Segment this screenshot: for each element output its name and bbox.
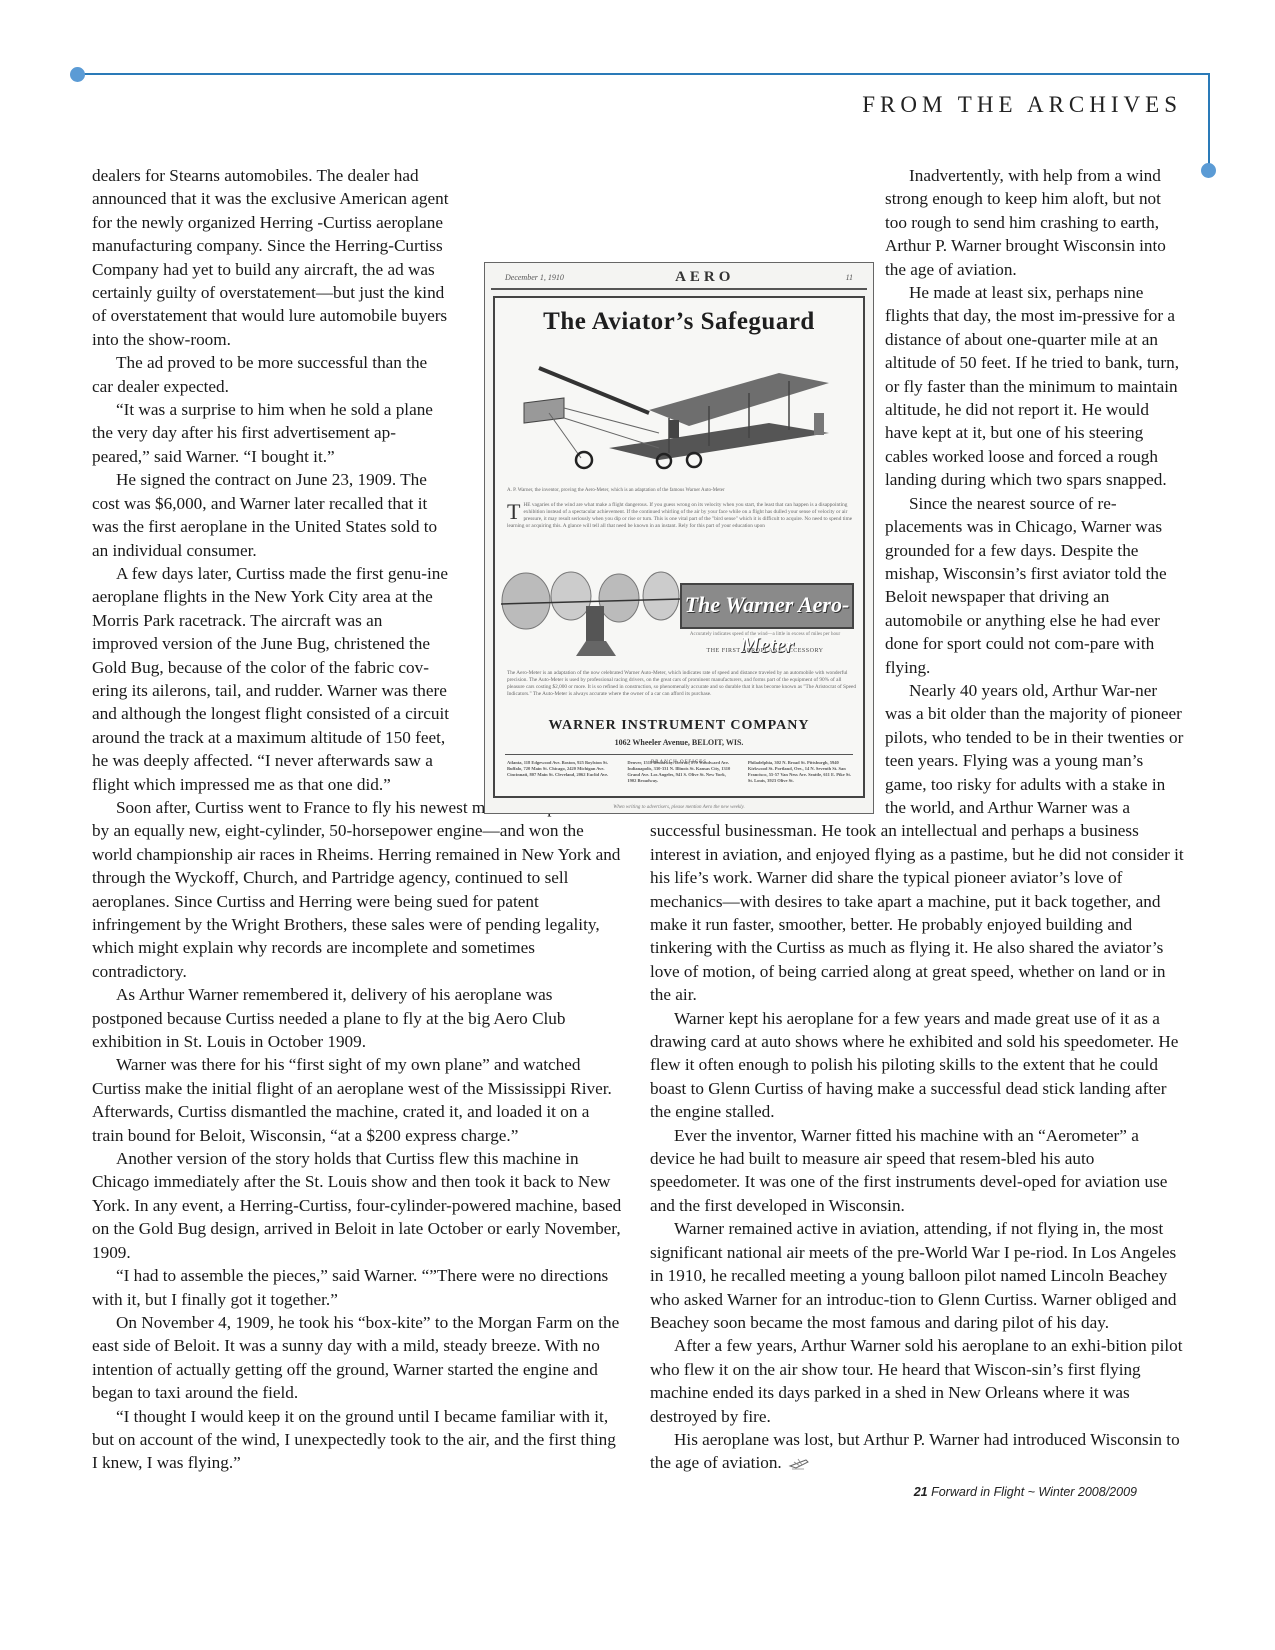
advertisement-figure: December 1, 1910 AERO 11 The Aviator’s S… [484,262,874,814]
aerometer-logo: The Warner Aero-Meter [680,583,854,629]
company-address: 1062 Wheeler Avenue, BELOIT, WIS. [495,738,863,747]
paragraph: As Arthur Warner remembered it, delivery… [92,983,622,1053]
aerometer-illustration [501,566,681,661]
section-title: FROM THE ARCHIVES [862,92,1182,118]
figure-magazine: AERO [675,269,734,286]
page-number: 21 [914,1485,928,1499]
figure-header: December 1, 1910 AERO 11 [491,263,867,290]
paragraph: Another version of the story holds that … [92,1147,622,1264]
paragraph-final: His aeroplane was lost, but Arthur P. Wa… [650,1428,1185,1475]
branch-offices: Atlanta, 118 Edgewood Ave. Boston, 925 B… [507,760,851,784]
header-rule [78,73,1210,75]
office-list: Philadelphia, 302 N. Broad St. Pittsburg… [748,760,851,784]
airplane-icon [788,1456,810,1472]
paragraph: Warner kept his aeroplane for a few year… [650,1007,1185,1124]
dropcap: T [507,502,520,522]
plane-caption: A. P. Warner, the inventor, proving the … [507,488,857,493]
figure-page: 11 [846,273,853,282]
office-list: Denver, 1518 Broadway. Detroit, 870 Wood… [627,760,730,784]
rule-dot-left [70,67,85,82]
publication-name: Forward in Flight ~ Winter 2008/2009 [931,1485,1137,1499]
paragraph: Warner was there for his “first sight of… [92,1053,622,1147]
paragraph: After a few years, Arthur Warner sold hi… [650,1334,1185,1428]
paragraph: Ever the inventor, Warner fitted his mac… [650,1124,1185,1218]
header-rule-vertical [1208,73,1210,168]
paragraph: “I thought I would keep it on the ground… [92,1405,622,1475]
paragraph: “I had to assemble the pieces,” said War… [92,1264,622,1311]
ad-body-text-2: The Aero-Meter is an adaptation of the n… [507,670,857,698]
biplane-illustration [509,348,849,473]
paragraph: Warner remained active in aviation, atte… [650,1217,1185,1334]
figure-footnote: When writing to advertisers, please ment… [485,805,873,810]
paragraph: Soon after, Curtiss went to France to fl… [92,796,622,983]
paragraph: On November 4, 1909, he took his “box-ki… [92,1311,622,1405]
logo-subtext: Accurately indicates speed of the wind—a… [680,631,850,638]
figure-date: December 1, 1910 [505,273,564,282]
page-footer: 21 Forward in Flight ~ Winter 2008/2009 [914,1485,1137,1499]
ad-frame: The Aviator’s Safeguard A. P. Warner, th… [493,296,865,798]
ad-title: The Aviator’s Safeguard [495,308,863,336]
rule-dot-right [1201,163,1216,178]
logo-accessory: THE FIRST AEROPLANE ACCESSORY [680,648,850,654]
ad-body-text: THE vagaries of the wind are what make a… [507,502,857,530]
office-list: Atlanta, 118 Edgewood Ave. Boston, 925 B… [507,760,610,784]
company-name: WARNER INSTRUMENT COMPANY [495,718,863,734]
